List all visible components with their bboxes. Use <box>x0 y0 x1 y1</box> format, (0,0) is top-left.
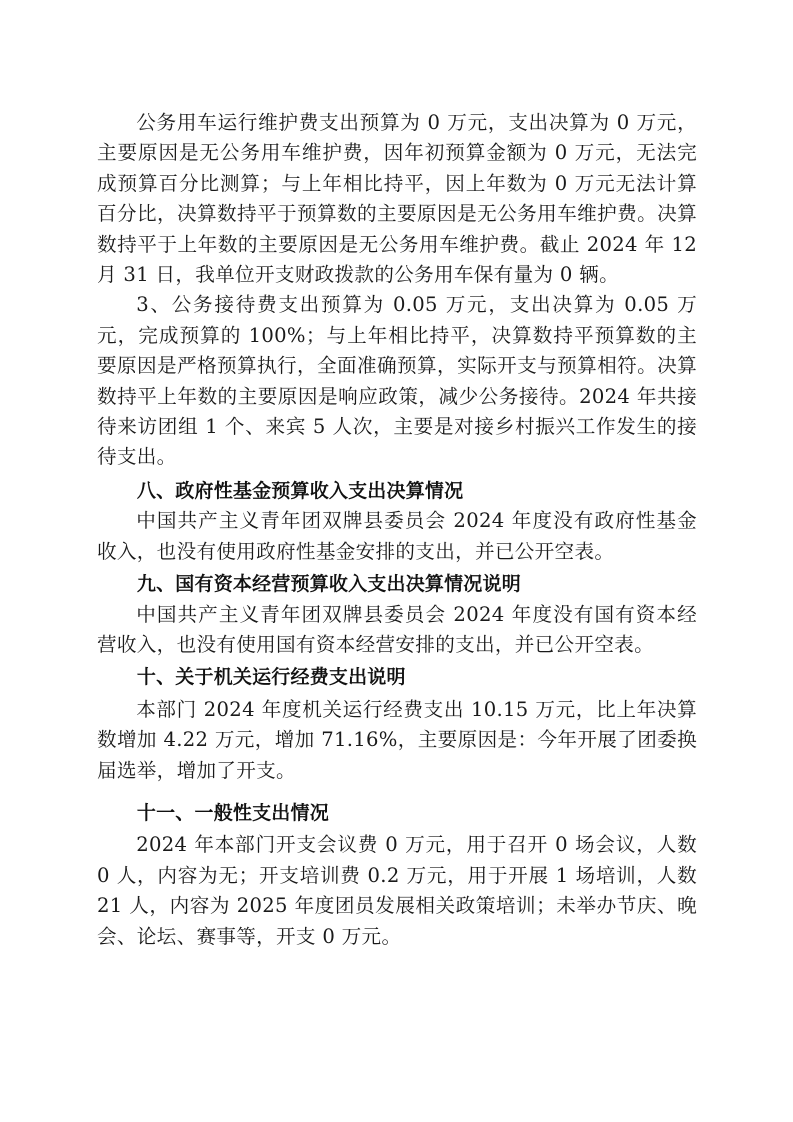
paragraph-vehicle-maintenance: 公务用车运行维护费支出预算为 0 万元，支出决算为 0 万元，主要原因是无公务用… <box>97 108 697 290</box>
document-page: 公务用车运行维护费支出预算为 0 万元，支出决算为 0 万元，主要原因是无公务用… <box>97 108 697 952</box>
section-heading-general-expenses: 十一、一般性支出情况 <box>97 798 697 828</box>
section-body-state-capital: 中国共产主义青年团双牌县委员会 2024 年度没有国有资本经营收入，也没有使用国… <box>97 600 697 661</box>
section-body-operating-expenses: 本部门 2024 年度机关运行经费支出 10.15 万元，比上年决算数增加 4.… <box>97 695 697 786</box>
section-heading-operating-expenses: 十、关于机关运行经费支出说明 <box>97 662 697 692</box>
paragraph-reception-expense: 3、公务接待费支出预算为 0.05 万元，支出决算为 0.05 万元，完成预算的… <box>97 290 697 472</box>
section-body-government-fund: 中国共产主义青年团双牌县委员会 2024 年度没有政府性基金收入，也没有使用政府… <box>97 506 697 567</box>
section-heading-government-fund: 八、政府性基金预算收入支出决算情况 <box>97 476 697 506</box>
section-body-general-expenses: 2024 年本部门开支会议费 0 万元，用于召开 0 场会议，人数 0 人，内容… <box>97 830 697 952</box>
section-heading-state-capital: 九、国有资本经营预算收入支出决算情况说明 <box>97 569 697 599</box>
